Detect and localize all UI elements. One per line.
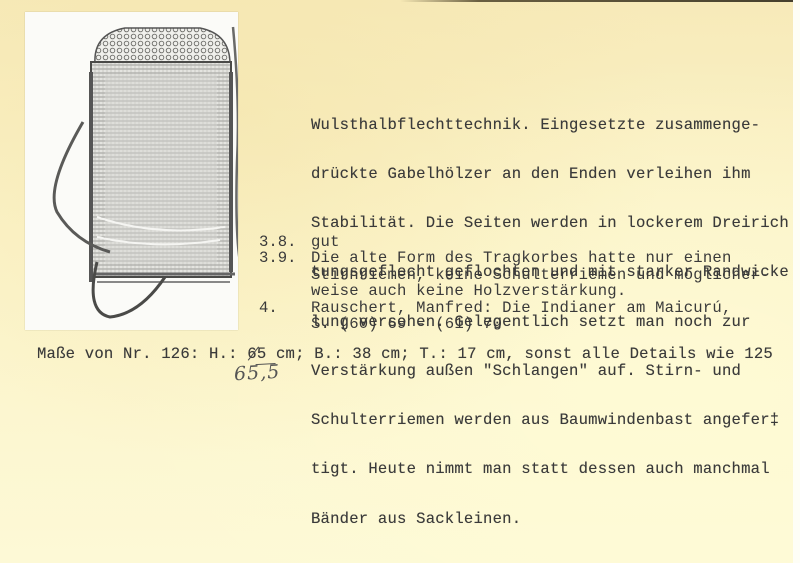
item-line: weise auch keine Holzverstärkung. [311,283,770,299]
description-line: Bänder aus Sackleinen. [311,511,789,527]
item-text: Die alte Form des Tragkorbes hatte nur e… [311,250,770,299]
description-line: Stabilität. Die Seiten werden in lockere… [311,215,789,231]
item-number: 3.9. [259,250,311,299]
catalog-card: Wulsthalbflechttechnik. Eingesetzte zusa… [0,0,793,563]
item-text: gut [311,234,340,250]
description-line: Wulsthalbflechttechnik. Eingesetzte zusa… [311,117,789,133]
card-top-edge [400,0,793,2]
carrying-basket-photo [25,12,238,330]
item-number: 4. [259,300,311,333]
description-line: drückte Gabelhölzer an den Enden verleih… [311,166,789,182]
numbered-items: 3.8. gut 3.9. Die alte Form des Tragkorb… [259,234,770,332]
item-line: gut [311,233,340,251]
measurements-suffix: cm; B.: 38 cm; T.: 17 cm, sonst alle Det… [266,345,773,363]
item-3-8: 3.8. gut [259,234,770,250]
item-4: 4. Rauschert, Manfred: Die Indianer am M… [259,300,770,333]
measurements-prefix: Maße von Nr. 126: H.: [37,345,247,363]
item-line: Rauschert, Manfred: Die Indianer am Maic… [311,300,732,316]
item-line: Die alte Form des Tragkorbes hatte nur e… [311,250,770,266]
scan-margin [793,0,800,563]
item-line: S. (60) 69 - (61) 70 [311,316,732,332]
item-3-9: 3.9. Die alte Form des Tragkorbes hatte … [259,250,770,299]
description-line: Schulterriemen werden aus Baumwindenbast… [311,412,789,428]
item-number: 3.8. [259,234,311,250]
description-line: Verstärkung außen "Schlangen" auf. Stirn… [311,363,789,379]
description-line: tigt. Heute nimmt man statt dessen auch … [311,461,789,477]
item-text: Rauschert, Manfred: Die Indianer am Maic… [311,300,732,333]
struck-height-value: 65 [247,346,266,362]
item-line: Stirnriemen, keine Schulterriemen und mö… [311,267,770,283]
handwritten-height-correction: 65,5 [233,361,280,385]
measurements-line: Maße von Nr. 126: H.: 65 cm; B.: 38 cm; … [37,346,773,362]
